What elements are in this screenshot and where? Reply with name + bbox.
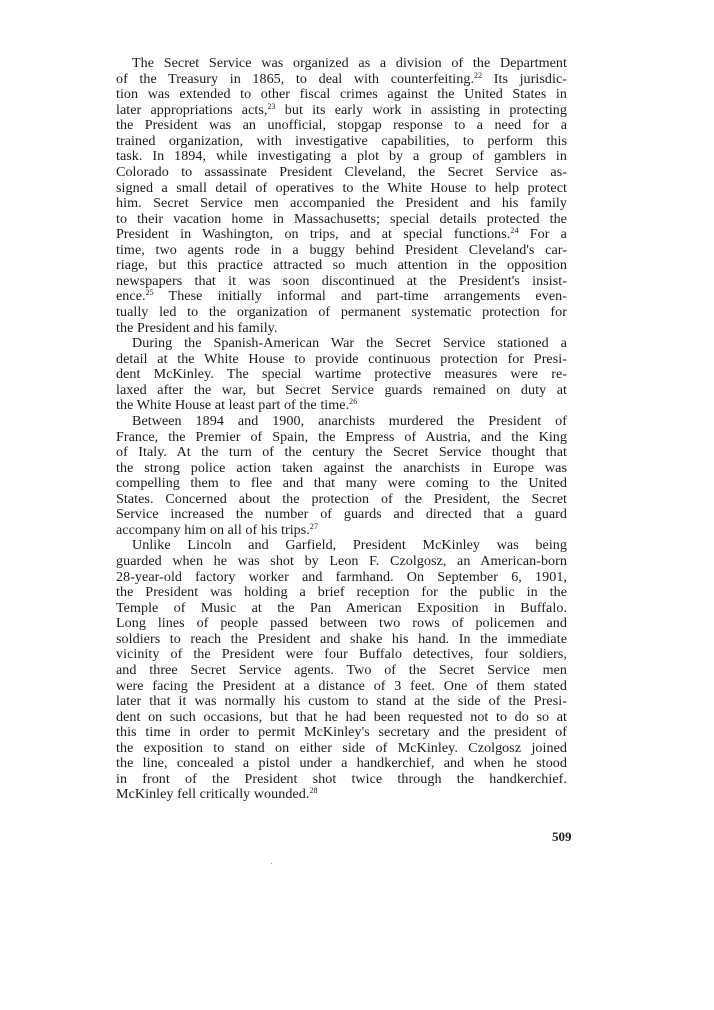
text-line: Unlike Lincoln and Garfield, President M… <box>116 538 567 554</box>
text-line: were facing the President at a distance … <box>116 679 567 695</box>
text-line: France, the Premier of Spain, the Empres… <box>116 430 567 446</box>
text-line: compelling them to flee and that many we… <box>116 476 567 492</box>
footnote-marker: 23 <box>267 102 275 111</box>
text-line: later appropriations acts,23 but its ear… <box>116 103 567 119</box>
text-line: detail at the White House to provide con… <box>116 352 567 368</box>
paragraph-spanish-american-war: During the Spanish-American War the Secr… <box>116 336 567 414</box>
scan-speck <box>271 863 272 864</box>
text-line: laxed after the war, but Secret Service … <box>116 383 567 399</box>
text-line: the White House at least part of the tim… <box>116 398 567 414</box>
text-line: President in Washington, on trips, and a… <box>116 227 567 243</box>
text-line: this time in order to permit McKinley's … <box>116 725 567 741</box>
text-line: the President was holding a brief recept… <box>116 585 567 601</box>
text-line: ence.25 These initially informal and par… <box>116 289 567 305</box>
text-line: accompany him on all of his trips.27 <box>116 523 567 539</box>
text-line: 28-year-old factory worker and farmhand.… <box>116 570 567 586</box>
text-line: time, two agents rode in a buggy behind … <box>116 243 567 259</box>
text-line: in front of the President shot twice thr… <box>116 772 567 788</box>
text-line: soldiers to reach the President and shak… <box>116 632 567 648</box>
paragraph-anarchists: Between 1894 and 1900, anarchists murder… <box>116 414 567 539</box>
footnote-marker: 28 <box>309 786 317 795</box>
paragraph-mckinley-assassination: Unlike Lincoln and Garfield, President M… <box>116 538 567 803</box>
document-page: The Secret Service was organized as a di… <box>116 56 567 803</box>
text-line: the strong police action taken against t… <box>116 461 567 477</box>
text-line: the line, concealed a pistol under a han… <box>116 756 567 772</box>
text-line: Between 1894 and 1900, anarchists murder… <box>116 414 567 430</box>
text-line: the President was an unofficial, stopgap… <box>116 118 567 134</box>
text-line: newspapers that it was soon discontinued… <box>116 274 567 290</box>
text-line: vicinity of the President were four Buff… <box>116 647 567 663</box>
text-line: task. In 1894, while investigating a plo… <box>116 149 567 165</box>
paragraph-secret-service-origins: The Secret Service was organized as a di… <box>116 56 567 336</box>
text-line: him. Secret Service men accompanied the … <box>116 196 567 212</box>
text-line: and three Secret Service agents. Two of … <box>116 663 567 679</box>
text-line: to their vacation home in Massachusetts;… <box>116 212 567 228</box>
text-line: The Secret Service was organized as a di… <box>116 56 567 72</box>
footnote-marker: 24 <box>510 226 518 235</box>
text-line: States. Concerned about the protection o… <box>116 492 567 508</box>
text-line: dent on such occasions, but that he had … <box>116 710 567 726</box>
text-line: Colorado to assassinate President Clevel… <box>116 165 567 181</box>
footnote-marker: 22 <box>474 71 482 80</box>
text-line: trained organization, with investigative… <box>116 134 567 150</box>
text-line: Long lines of people passed between two … <box>116 616 567 632</box>
footnote-marker: 27 <box>310 522 318 531</box>
text-line: tion was extended to other fiscal crimes… <box>116 87 567 103</box>
page-number: 509 <box>552 829 572 845</box>
footnote-marker: 25 <box>146 288 154 297</box>
text-line: Service increased the number of guards a… <box>116 507 567 523</box>
text-line: the President and his family. <box>116 321 567 337</box>
text-line: dent McKinley. The special wartime prote… <box>116 367 567 383</box>
text-line: Temple of Music at the Pan American Expo… <box>116 601 567 617</box>
text-line: of Italy. At the turn of the century the… <box>116 445 567 461</box>
text-line: McKinley fell critically wounded.28 <box>116 787 567 803</box>
text-line: tually led to the organization of perman… <box>116 305 567 321</box>
text-line: later that it was normally his custom to… <box>116 694 567 710</box>
text-line: signed a small detail of operatives to t… <box>116 181 567 197</box>
text-line: riage, but this practice attracted so mu… <box>116 258 567 274</box>
footnote-marker: 26 <box>349 397 357 406</box>
text-line: guarded when he was shot by Leon F. Czol… <box>116 554 567 570</box>
text-line: the exposition to stand on either side o… <box>116 741 567 757</box>
text-line: of the Treasury in 1865, to deal with co… <box>116 72 567 88</box>
text-line: During the Spanish-American War the Secr… <box>116 336 567 352</box>
